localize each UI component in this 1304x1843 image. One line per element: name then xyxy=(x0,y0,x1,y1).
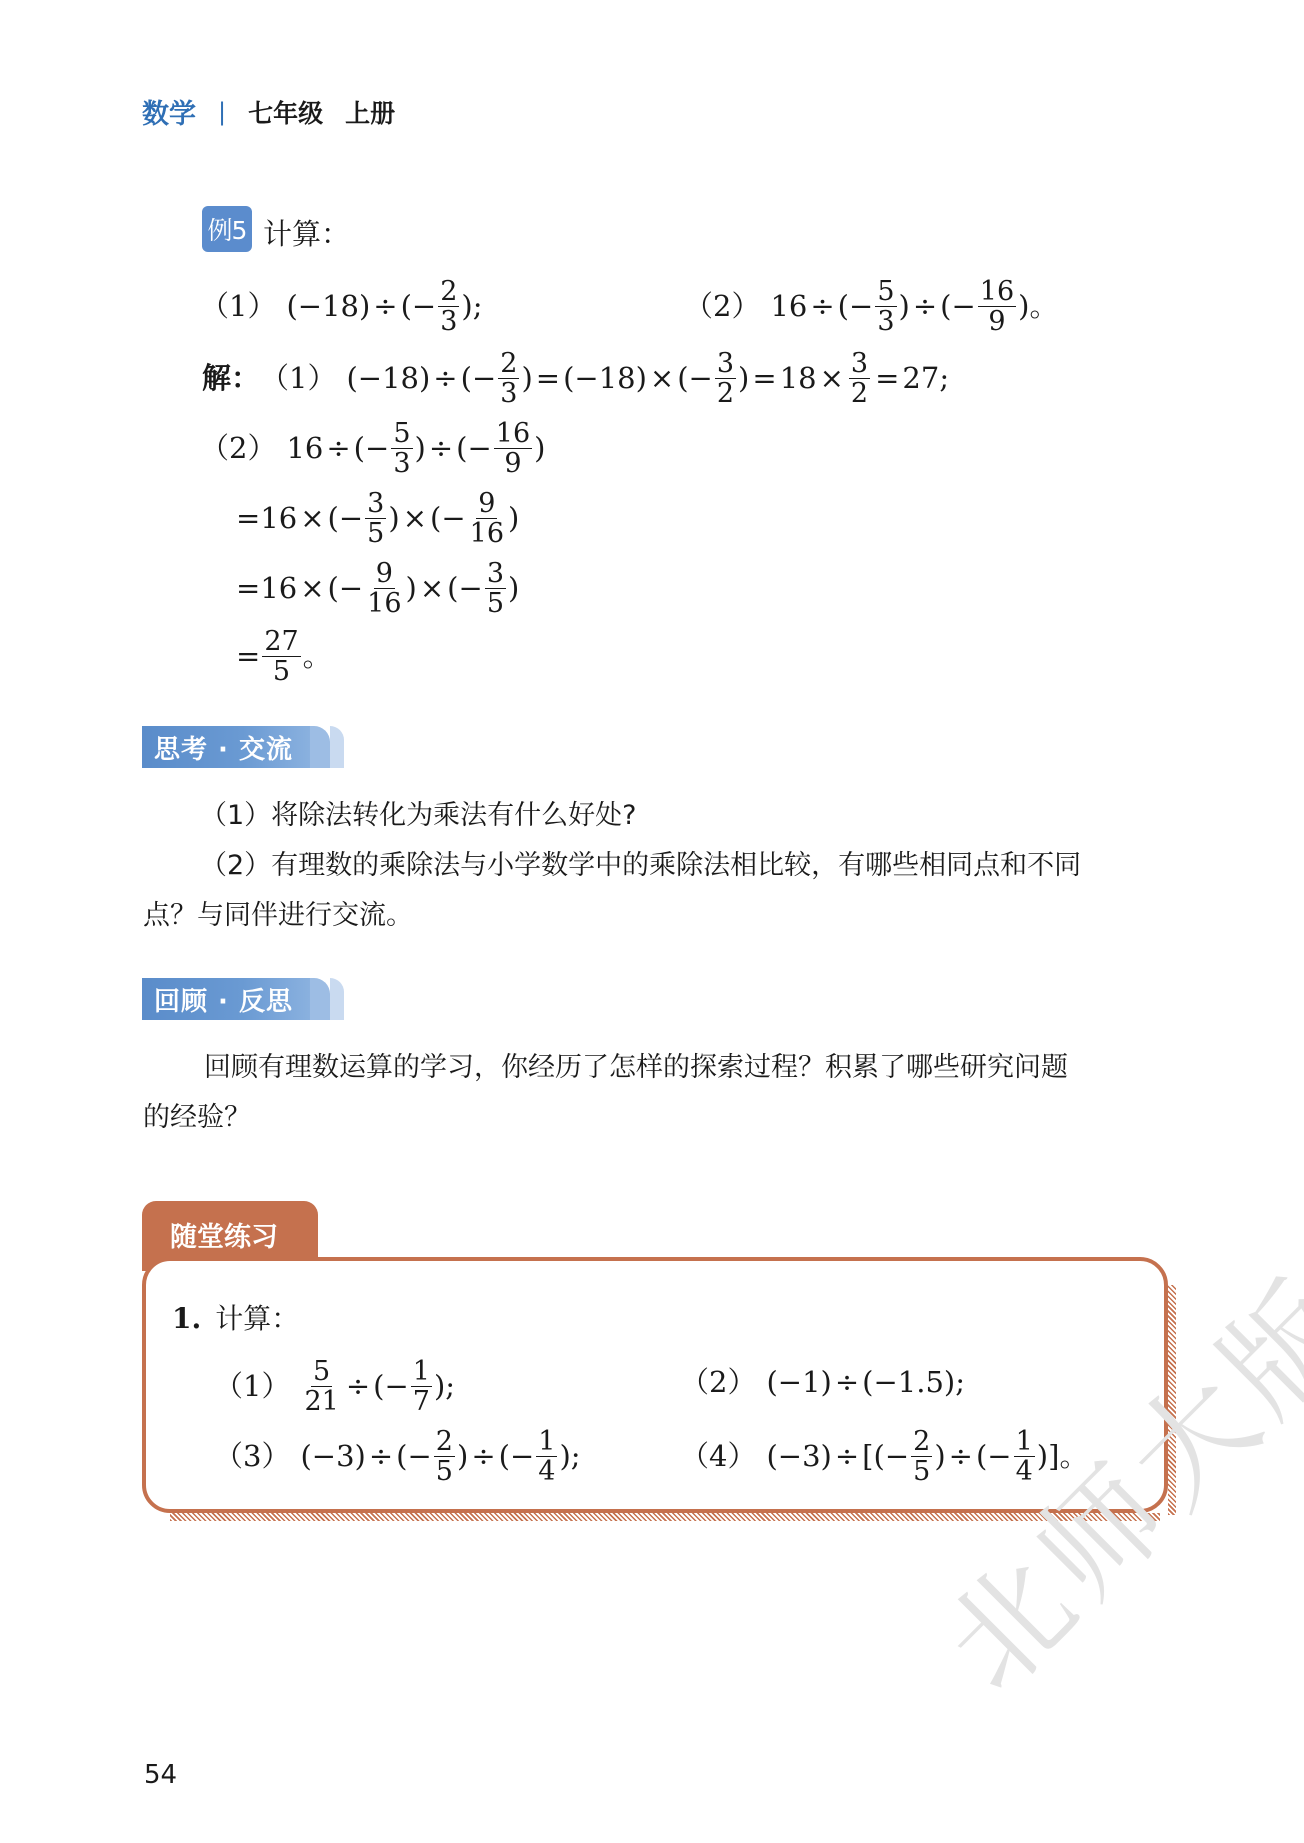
divide-sign: ÷ xyxy=(433,364,457,393)
badge-decoration xyxy=(330,726,344,768)
example-problem-1: （1） (−18) ÷ (− 23 ); xyxy=(200,278,483,335)
minus: − xyxy=(339,504,363,533)
paren: ) xyxy=(434,1372,445,1401)
divide-sign: ÷ xyxy=(369,1442,393,1471)
solution-part-2-step-2: = 16 × (− 35 ) × (− 916 ) xyxy=(236,490,519,547)
example-title: 计算： xyxy=(263,212,350,253)
fraction: 32 xyxy=(715,350,736,407)
paren: ( xyxy=(456,434,467,463)
minus: − xyxy=(689,364,713,393)
minus: − xyxy=(987,1442,1011,1471)
times-sign: × xyxy=(403,504,427,533)
equals-sign: = xyxy=(236,504,260,533)
badge-label: 思考 · 交流 xyxy=(142,726,310,768)
paren: ( xyxy=(328,574,339,603)
header-separator: | xyxy=(218,98,226,126)
times-sign: × xyxy=(300,574,324,603)
paren: ( xyxy=(499,1442,510,1471)
paren: ( xyxy=(873,1442,884,1471)
paren: ( xyxy=(447,574,458,603)
punct: 。 xyxy=(1029,292,1058,321)
punct: ; xyxy=(473,292,483,321)
paren: ( xyxy=(940,292,951,321)
discussion-question-2-line-2: 点？与同伴进行交流。 xyxy=(143,902,413,929)
paren: ) xyxy=(738,364,749,393)
minus: − xyxy=(885,1442,909,1471)
minus: − xyxy=(472,364,496,393)
divide-sign: ÷ xyxy=(810,292,834,321)
fraction: 521 xyxy=(302,1358,340,1415)
equals-sign: = xyxy=(236,574,260,603)
paren: ( xyxy=(461,364,472,393)
divide-sign: ÷ xyxy=(471,1442,495,1471)
fraction: 53 xyxy=(391,420,412,477)
times-sign: × xyxy=(650,364,674,393)
practice-item-3: （3） (−3) ÷ (− 25 ) ÷ (− 14 ); xyxy=(214,1428,581,1485)
review-text-line-1: 回顾有理数运算的学习，你经历了怎样的探索过程？积累了哪些研究问题 xyxy=(204,1054,1068,1081)
minus: − xyxy=(365,434,389,463)
fraction: 25 xyxy=(911,1428,932,1485)
grade-label: 七年级 xyxy=(248,94,323,130)
term: (−18) xyxy=(286,292,370,321)
paren: ) xyxy=(559,1442,570,1471)
question-title: 计算： xyxy=(215,1305,299,1333)
fraction: 14 xyxy=(536,1428,557,1485)
solution-label: 解： xyxy=(202,364,260,393)
fraction: 169 xyxy=(494,420,532,477)
item-label: （1） xyxy=(214,1372,290,1401)
divide-sign: ÷ xyxy=(835,1442,859,1471)
fraction: 23 xyxy=(498,350,519,407)
minus: − xyxy=(384,1372,408,1401)
paren: ( xyxy=(677,364,688,393)
punct: ; xyxy=(955,1368,965,1397)
fraction: 32 xyxy=(849,350,870,407)
paren: ) xyxy=(534,434,545,463)
think-discuss-badge: 思考 · 交流 xyxy=(142,726,344,768)
paren: ( xyxy=(354,434,365,463)
minus: − xyxy=(407,1442,431,1471)
paren: ) xyxy=(406,574,417,603)
paren: ( xyxy=(328,504,339,533)
volume-label: 上册 xyxy=(345,94,395,130)
practice-item-2: （2） (−1) ÷ (−1.5); xyxy=(680,1368,965,1397)
review-reflect-badge: 回顾 · 反思 xyxy=(142,978,344,1020)
divide-sign: ÷ xyxy=(326,434,350,463)
divide-sign: ÷ xyxy=(835,1368,859,1397)
solution-part-2-result: = 275 。 xyxy=(236,628,332,685)
example-problem-2: （2） 16 ÷ (− 53 ) ÷ (− 169 )。 xyxy=(684,278,1058,335)
equals-sign: = xyxy=(236,642,260,671)
term: 18 xyxy=(780,364,817,393)
punct: 。 xyxy=(303,642,332,671)
paren: ( xyxy=(396,1442,407,1471)
fraction: 35 xyxy=(365,490,386,547)
fraction: 275 xyxy=(262,628,300,685)
badge-decoration xyxy=(330,978,344,1020)
fraction: 169 xyxy=(978,278,1016,335)
paren: ) xyxy=(1018,292,1029,321)
term: (−1) xyxy=(766,1368,831,1397)
paren: ( xyxy=(838,292,849,321)
discussion-question-1: （1）将除法转化为乘法有什么好处? xyxy=(200,802,637,829)
divide-sign: ÷ xyxy=(913,292,937,321)
divide-sign: ÷ xyxy=(949,1442,973,1471)
badge-decoration xyxy=(310,726,330,768)
bracket: [ xyxy=(862,1442,873,1471)
review-text-line-2: 的经验？ xyxy=(143,1104,251,1131)
minus: − xyxy=(459,574,483,603)
question-number: 1. xyxy=(172,1305,201,1333)
badge-label: 回顾 · 反思 xyxy=(142,978,310,1020)
paren: ) xyxy=(457,1442,468,1471)
minus: − xyxy=(412,292,436,321)
times-sign: × xyxy=(300,504,324,533)
paren: ( xyxy=(430,504,441,533)
punct: ; xyxy=(445,1372,455,1401)
item-label: （3） xyxy=(214,1442,290,1471)
item-label: （4） xyxy=(680,1442,756,1471)
equals-sign: = xyxy=(752,364,776,393)
fraction: 916 xyxy=(365,560,403,617)
term: (−3) xyxy=(766,1442,831,1471)
fraction: 23 xyxy=(438,278,459,335)
divide-sign: ÷ xyxy=(373,292,397,321)
fraction: 17 xyxy=(411,1358,432,1415)
badge-decoration xyxy=(310,978,330,1020)
paren: ) xyxy=(521,364,532,393)
term: (−18) xyxy=(563,364,647,393)
punct: ; xyxy=(571,1442,581,1471)
problem-label: （2） xyxy=(684,292,760,321)
subject-title: 数学 xyxy=(142,92,196,131)
paren: ) xyxy=(934,1442,945,1471)
term: (−18) xyxy=(346,364,430,393)
divide-sign: ÷ xyxy=(429,434,453,463)
practice-item-1: （1） 521 ÷ (− 17 ); xyxy=(214,1358,455,1415)
solution-part-2-step-1: （2） 16 ÷ (− 53 ) ÷ (− 169 ) xyxy=(200,420,545,477)
paren: ( xyxy=(976,1442,987,1471)
practice-question-1: 1. 计算： xyxy=(172,1305,299,1333)
punct: ; xyxy=(939,364,949,393)
item-label: （2） xyxy=(680,1368,756,1397)
term: (−3) xyxy=(300,1442,365,1471)
paren: ) xyxy=(461,292,472,321)
term: (−1.5) xyxy=(862,1368,955,1397)
minus: − xyxy=(339,574,363,603)
paren: ) xyxy=(508,574,519,603)
minus: − xyxy=(441,504,465,533)
page-number: 54 xyxy=(144,1760,177,1790)
fraction: 916 xyxy=(468,490,506,547)
term: 16 xyxy=(260,504,297,533)
fraction: 35 xyxy=(485,560,506,617)
minus: − xyxy=(849,292,873,321)
paren: ( xyxy=(373,1372,384,1401)
minus: − xyxy=(467,434,491,463)
equals-sign: = xyxy=(875,364,899,393)
times-sign: × xyxy=(420,574,444,603)
solution-part-1: 解： （1） (−18) ÷ (− 23 ) = (−18) × (− 32 )… xyxy=(202,350,949,407)
term: 16 xyxy=(770,292,807,321)
solution-part-2-step-3: = 16 × (− 916 ) × (− 35 ) xyxy=(236,560,519,617)
discussion-question-2-line-1: （2）有理数的乘除法与小学数学中的乘除法相比较，有哪些相同点和不同 xyxy=(200,852,1081,879)
term: 16 xyxy=(286,434,323,463)
term: 27 xyxy=(902,364,939,393)
fraction: 25 xyxy=(434,1428,455,1485)
minus: − xyxy=(951,292,975,321)
paren: ( xyxy=(401,292,412,321)
paren: ) xyxy=(415,434,426,463)
problem-label: （1） xyxy=(260,364,336,393)
minus: − xyxy=(510,1442,534,1471)
equals-sign: = xyxy=(536,364,560,393)
paren: ) xyxy=(508,504,519,533)
paren: ) xyxy=(388,504,399,533)
term: 16 xyxy=(260,574,297,603)
example-badge: 例5 xyxy=(202,206,252,252)
problem-label: （1） xyxy=(200,292,276,321)
times-sign: × xyxy=(820,364,844,393)
fraction: 53 xyxy=(875,278,896,335)
running-header: 数学 | 七年级 上册 xyxy=(142,92,395,131)
divide-sign: ÷ xyxy=(346,1372,370,1401)
problem-label: （2） xyxy=(200,434,276,463)
paren: ) xyxy=(899,292,910,321)
